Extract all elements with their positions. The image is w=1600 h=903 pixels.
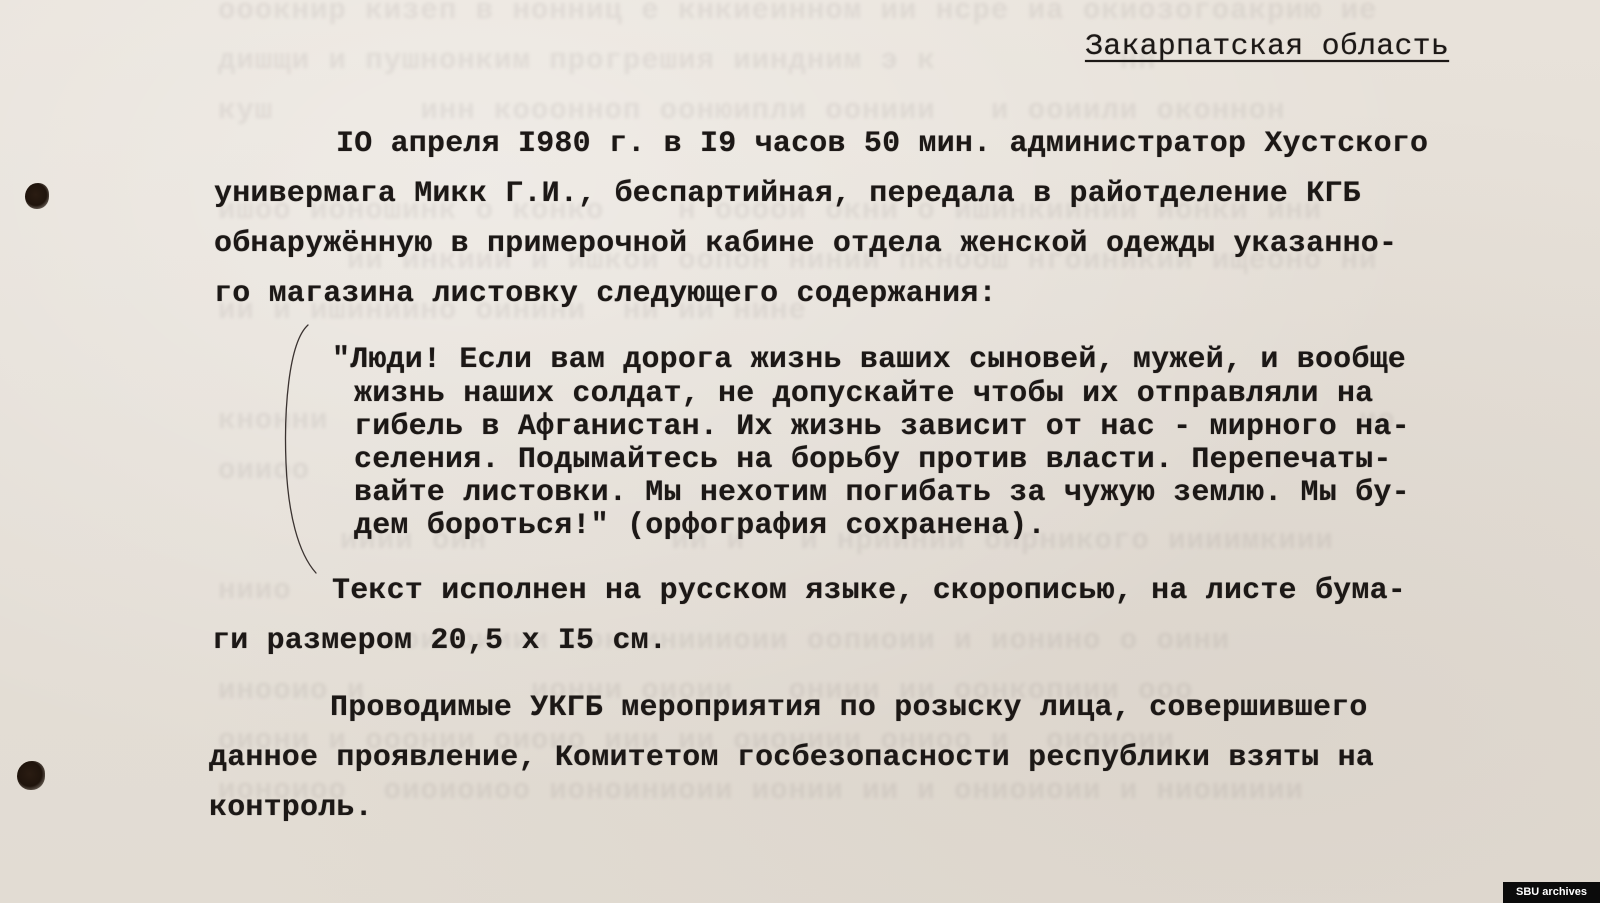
paragraph-3-line: Проводимые УКГБ мероприятия по розыску л…	[330, 691, 1368, 725]
paragraph-3-line: данное проявление, Комитетом госбезопасн…	[209, 741, 1374, 775]
leaflet-quote-line: селения. Подымайтесь на борьбу против вл…	[354, 443, 1392, 477]
paragraph-1-line: IO апреля I980 г. в I9 часов 50 мин. адм…	[336, 127, 1428, 161]
paragraph-2-line: ги размером 20,5 х I5 см.	[212, 624, 667, 658]
paragraph-1-line: го магазина листовку следующего содержан…	[214, 277, 997, 311]
leaflet-quote-line: жизнь наших солдат, не допускайте чтобы …	[354, 377, 1373, 411]
punch-hole	[17, 761, 45, 790]
paragraph-2-line: Текст исполнен на русском языке, скоропи…	[332, 574, 1406, 608]
region-heading: Закарпатская область	[1085, 30, 1449, 64]
leaflet-quote-line: "Люди! Если вам дорога жизнь ваших сынов…	[332, 344, 1406, 377]
leaflet-quote-line: дем бороться!" (орфография сохранена).	[354, 509, 1046, 543]
show-through-text: дишщи и пушнонким прогрешия ииндним э к …	[218, 44, 1157, 77]
paragraph-1-line: универмага Микк Г.И., беспартийная, пере…	[214, 177, 1361, 211]
show-through-text: ионоиоо оиоиоиоо ионоиниоии ионии ии и о…	[218, 774, 1304, 807]
source-credit-badge: SBU archives	[1503, 882, 1600, 903]
show-through-text: ниио	[218, 574, 292, 607]
document-page: ооокнир кизеп в нонниц е кнкиеинном ии н…	[0, 0, 1600, 903]
punch-hole	[25, 183, 49, 209]
leaflet-quote-line: вайте листовки. Мы нехотим погибать за ч…	[354, 476, 1410, 510]
paragraph-3-line: контроль.	[209, 791, 373, 825]
show-through-text: куш инн кооонноп оонюипли оониии и ооиил…	[218, 94, 1285, 127]
paragraph-1-line: обнаружённую в примерочной кабине отдела…	[214, 227, 1397, 261]
show-through-text: ооокнир кизеп в нонниц е кнкиеинном ии н…	[218, 0, 1377, 27]
leaflet-quote-line: гибель в Афганистан. Их жизнь зависит от…	[354, 410, 1410, 444]
handwritten-bracket-mark	[282, 323, 322, 575]
